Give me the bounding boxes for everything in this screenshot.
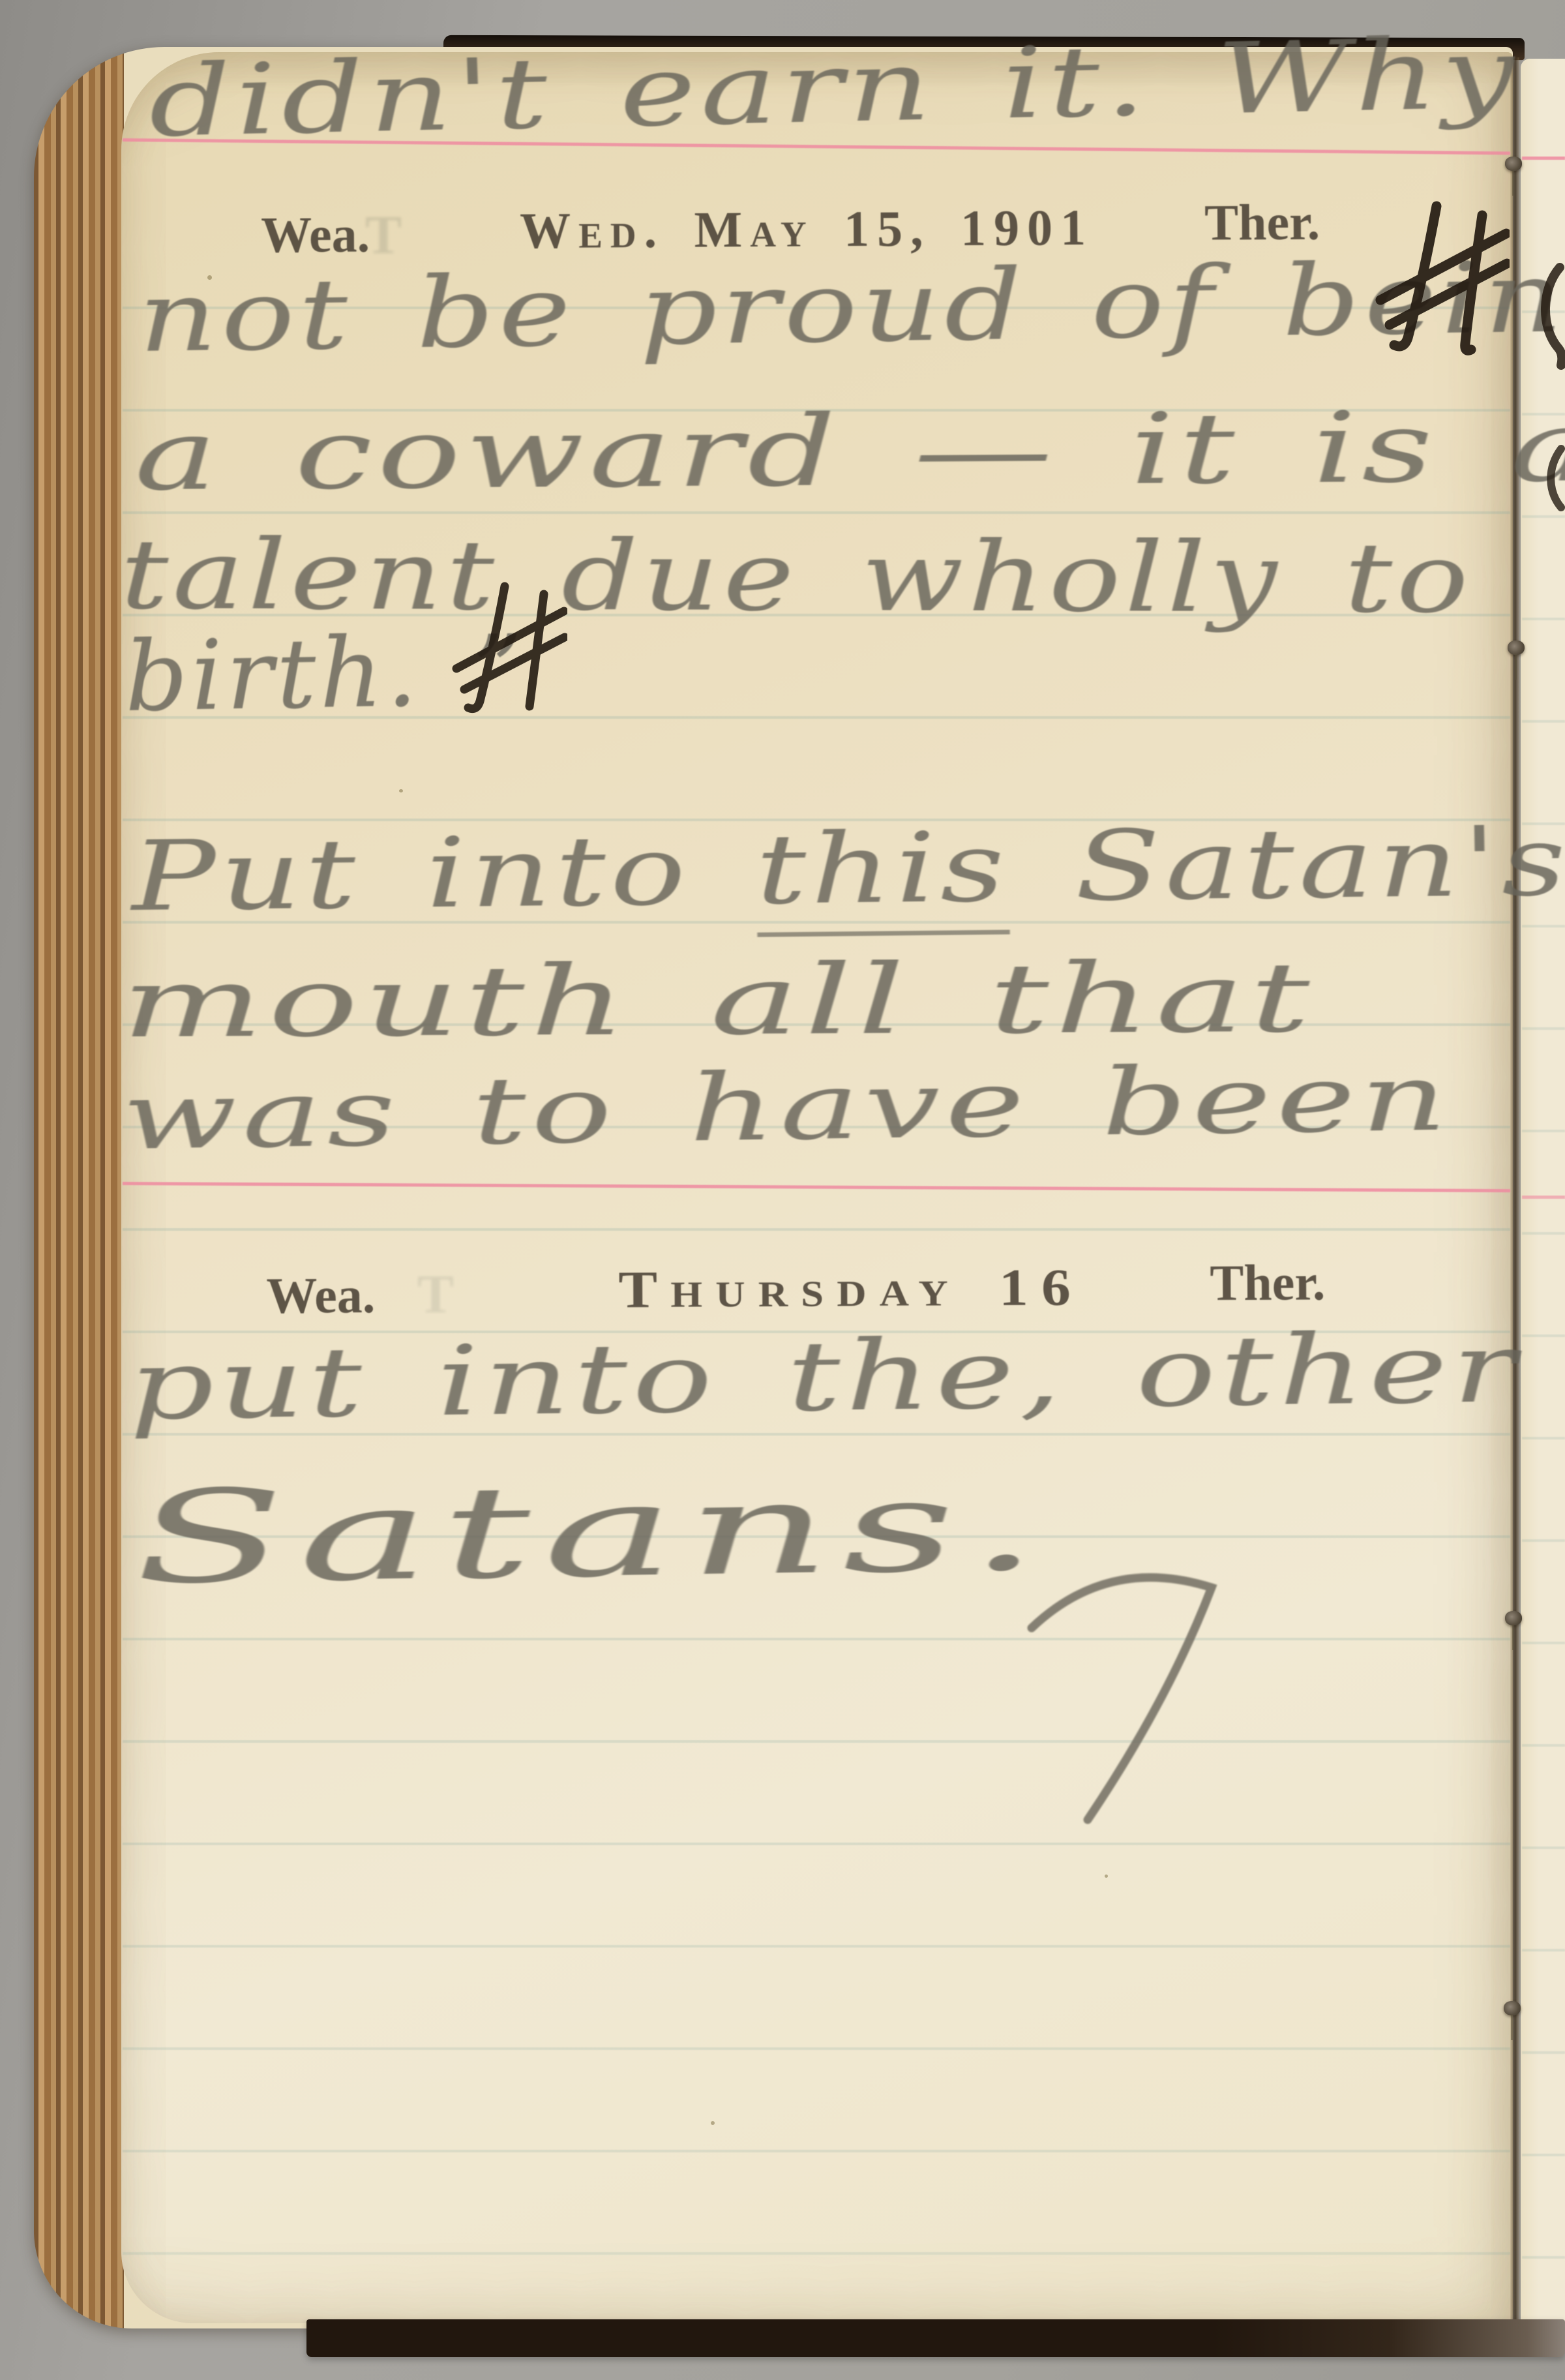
blue-rule (123, 1843, 1510, 1845)
ink-stroke-fragment (1543, 444, 1565, 515)
date-label: Thursday 16 (618, 1258, 1084, 1320)
ink-hash-mark-after-birth (450, 577, 567, 717)
blue-rule-right-page (1522, 2256, 1565, 2259)
blue-rule (123, 2252, 1510, 2255)
blue-rule (123, 511, 1510, 514)
blue-rule-right-page (1522, 1846, 1565, 1849)
handwriting-line: not be proud of being (137, 240, 1565, 374)
age-spot (207, 275, 212, 280)
handwriting-line: Put into this Satan's (130, 805, 1565, 933)
handwriting-line: Satans. (130, 1451, 1052, 1612)
blue-rule-right-page (1522, 1642, 1565, 1644)
blue-rule-right-page (1522, 1744, 1565, 1747)
book-cover-bottom-edge (306, 2319, 1565, 2357)
red-rule-middle-right-page (1522, 1196, 1565, 1199)
binding-stitch (1505, 157, 1522, 171)
blue-rule (123, 2150, 1510, 2152)
bleedthrough-ghost-glyph: T (417, 1263, 454, 1326)
blue-rule (123, 1945, 1510, 1948)
blue-rule (123, 1228, 1510, 1231)
binding-stitch (1505, 1611, 1522, 1625)
handwriting-segment: Satan's (1007, 805, 1565, 923)
weather-label: Wea. (266, 1266, 375, 1325)
handwriting-segment: Put into (130, 814, 757, 933)
handwriting-line: put into the, other (127, 1312, 1521, 1441)
blue-rule-right-page (1522, 1949, 1565, 1951)
blue-rule-right-page (1522, 1027, 1565, 1030)
bleedthrough-ghost-glyph: T (365, 203, 402, 267)
blue-rule-right-page (1522, 618, 1565, 620)
blue-rule (123, 2047, 1510, 2050)
ink-hash-mark-top-right (1373, 196, 1510, 355)
blue-rule-right-page (1522, 1130, 1565, 1132)
thermometer-label: Ther. (1210, 1253, 1325, 1312)
handwriting-line: mouth all that (121, 942, 1315, 1059)
thermometer-label: Ther. (1204, 193, 1320, 252)
blue-rule-right-page (1522, 1334, 1565, 1337)
pencil-slash-mark (1004, 1539, 1239, 1839)
red-rule-top-right-page (1522, 157, 1565, 160)
age-spot (399, 789, 403, 792)
blue-rule (123, 1740, 1510, 1743)
age-spot (1105, 1875, 1108, 1878)
binding-stitch (1508, 640, 1525, 655)
blue-rule-right-page (1522, 925, 1565, 927)
blue-rule-right-page (1522, 1437, 1565, 1439)
blue-rule-right-page (1522, 2051, 1565, 2054)
blue-rule (123, 1638, 1510, 1640)
blue-rule-right-page (1522, 720, 1565, 723)
handwriting-line: was to have been (121, 1044, 1453, 1171)
age-spot (711, 2121, 715, 2125)
handwriting-line: a coward — it is a (134, 390, 1565, 513)
binding-stitch (1504, 2001, 1521, 2015)
weather-label: Wea. (261, 205, 370, 265)
blue-rule-right-page (1522, 1232, 1565, 1235)
blue-rule-right-page (1522, 1539, 1565, 1542)
ink-stroke-fragment (1539, 261, 1565, 378)
handwriting-underlined-word: this (755, 811, 1010, 937)
blue-rule-right-page (1522, 515, 1565, 518)
blue-rule-right-page (1522, 2154, 1565, 2156)
